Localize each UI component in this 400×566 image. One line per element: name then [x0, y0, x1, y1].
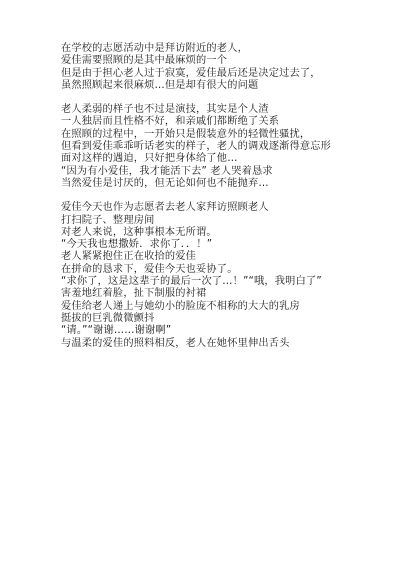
- text-line: 虽然照顾起来很麻烦…但是却有很大的问题: [61, 80, 391, 92]
- text-line: 但是由于担心老人过于寂寞，爱佳最后还是决定过去了，: [61, 68, 391, 80]
- text-line: 在学校的志愿活动中是拜访附近的老人，: [61, 43, 391, 55]
- text-line: 当然爱佳是讨厌的，但无论如何也不能抛弃…: [61, 178, 391, 190]
- paragraph-3: 爱佳今天也作为志愿者去老人家拜访照顾老人 打扫院子、整理房间 对老人来说，这种事…: [61, 202, 391, 350]
- text-line: “因为有小爱佳，我才能活下去” 老人哭着恳求: [61, 166, 391, 178]
- text-line: 爱佳需要照顾的是其中最麻烦的一个: [61, 55, 391, 67]
- text-line: 在照顾的过程中，一开始只是假装意外的轻微性骚扰，: [61, 129, 391, 141]
- text-line: 面对这样的遇迫，只好把身体给了他…: [61, 153, 391, 165]
- text-line: “请。”“谢谢……谢谢啊”: [61, 325, 391, 337]
- text-line: 爱佳给老人递上与她幼小的脸庞不相称的大大的乳房: [61, 301, 391, 313]
- text-line: 对老人来说，这种事根本无所谓。: [61, 227, 391, 239]
- paragraph-1: 在学校的志愿活动中是拜访附近的老人， 爱佳需要照顾的是其中最麻烦的一个 但是由于…: [61, 43, 391, 92]
- text-line: 与温柔的爱佳的照料相反，老人在她怀里伸出舌头: [61, 338, 391, 350]
- text-line: 但看到爱佳乖乖听话老实的样子，老人的调戏逐渐得意忘形: [61, 141, 391, 153]
- text-line: 老人紧紧抱住正在收拾的爱佳: [61, 251, 391, 263]
- text-line: 挺拔的巨乳微微颤抖: [61, 313, 391, 325]
- text-line: “今天我也想撒娇．求你了．．！”: [61, 239, 391, 251]
- text-line: 害羞地红着脸，扯下制服的衬裙: [61, 288, 391, 300]
- text-line: 在拼命的恳求下，爱佳今天也妥协了。: [61, 264, 391, 276]
- text-line: 打扫院子、整理房间: [61, 215, 391, 227]
- document-page: 在学校的志愿活动中是拜访附近的老人， 爱佳需要照顾的是其中最麻烦的一个 但是由于…: [61, 43, 391, 362]
- text-line: 老人柔弱的样子也不过是演技，其实是个人渣: [61, 104, 391, 116]
- paragraph-2: 老人柔弱的样子也不过是演技，其实是个人渣 一人独居而且性格不好，和亲戚们都断绝了…: [61, 104, 391, 190]
- text-line: 爱佳今天也作为志愿者去老人家拜访照顾老人: [61, 202, 391, 214]
- text-line: 一人独居而且性格不好，和亲戚们都断绝了关系: [61, 116, 391, 128]
- text-line: “求你了，这是这辈子的最后一次了…！”“哦，我明白了”: [61, 276, 391, 288]
